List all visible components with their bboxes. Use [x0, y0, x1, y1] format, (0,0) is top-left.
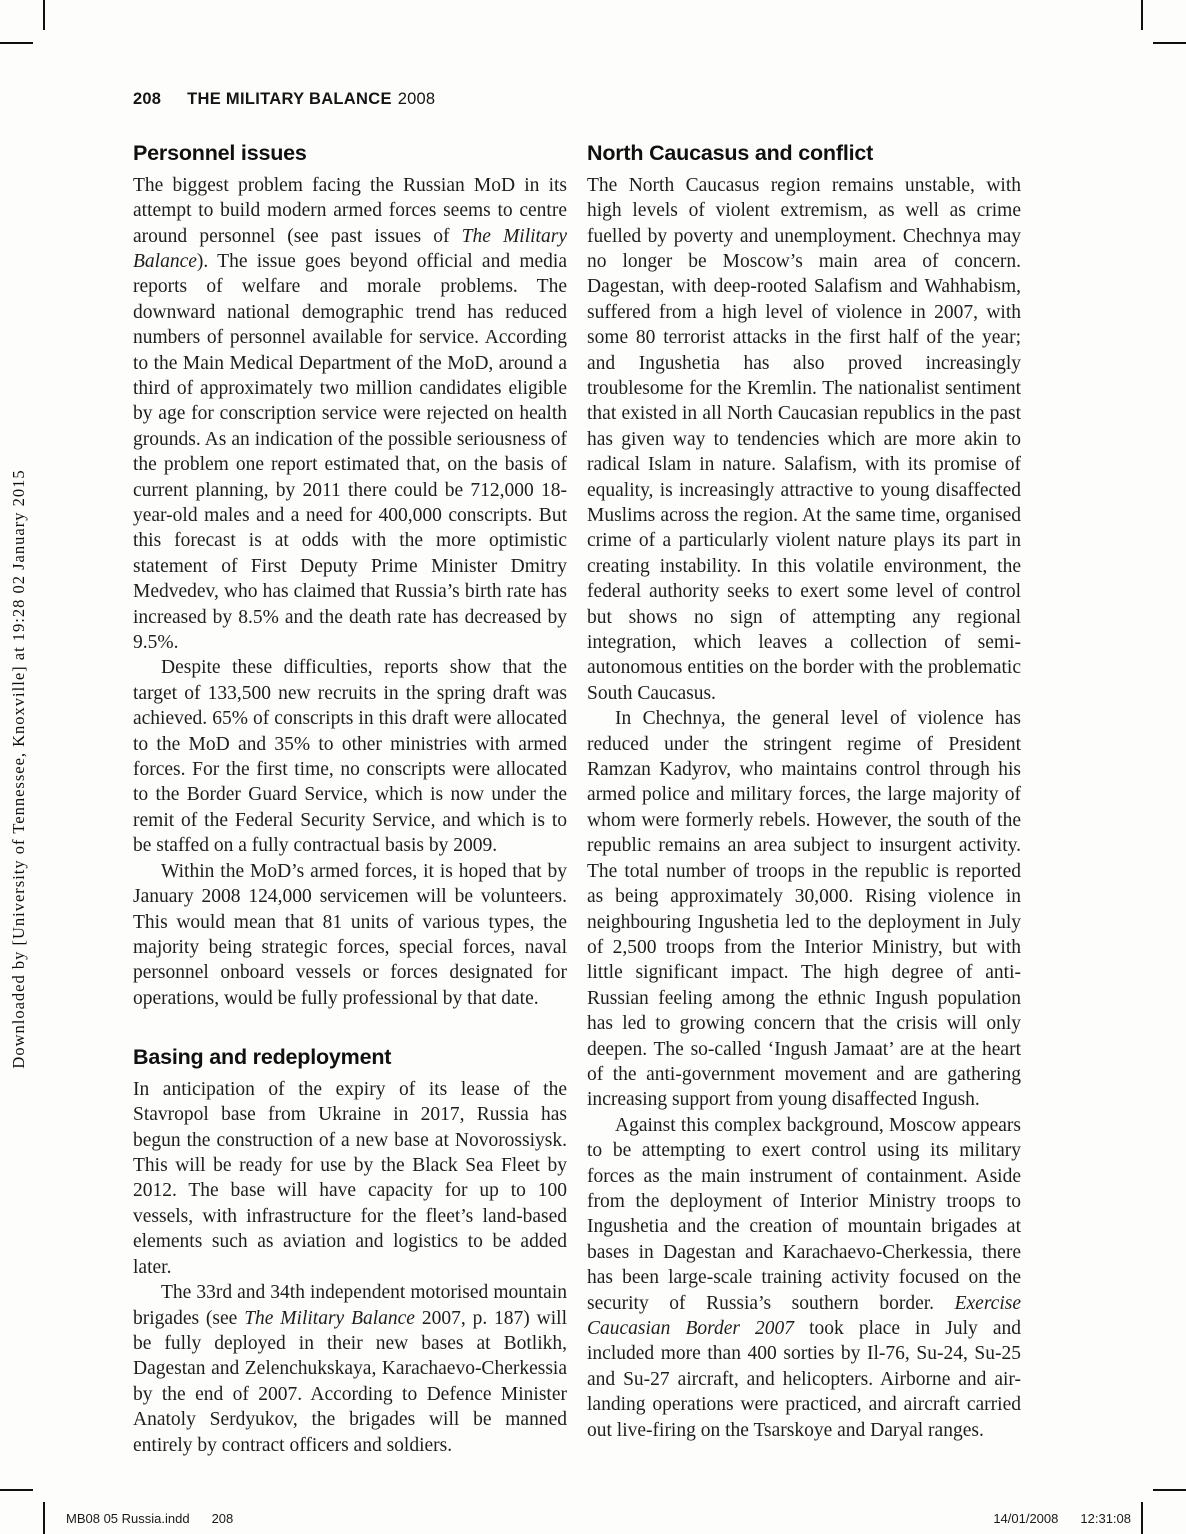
- page-number: 208: [133, 90, 161, 108]
- crop-mark-bottom-right-vertical: [1141, 1502, 1143, 1534]
- crop-mark-top-right-horizontal: [1153, 42, 1186, 44]
- paragraph: Within the MoD’s armed forces, it is hop…: [133, 859, 567, 1011]
- imprint-date: 14/01/2008: [993, 1511, 1058, 1526]
- paragraph: The 33rd and 34th independent motorised …: [133, 1280, 567, 1458]
- imprint-page-number: 208: [212, 1511, 234, 1526]
- edition-year: 2008: [398, 90, 436, 108]
- page-body: Personnel issues The biggest problem fac…: [133, 141, 1021, 1458]
- paragraph: The biggest problem facing the Russian M…: [133, 173, 567, 656]
- paragraph: Against this complex background, Moscow …: [587, 1113, 1021, 1443]
- download-watermark: Downloaded by [University of Tennessee, …: [9, 389, 31, 1149]
- imprint-time: 12:31:08: [1080, 1511, 1131, 1526]
- running-header: 208THE MILITARY BALANCE2008: [133, 90, 435, 109]
- right-column: North Caucasus and conflict The North Ca…: [587, 141, 1021, 1458]
- paragraph: In Chechnya, the general level of violen…: [587, 706, 1021, 1113]
- crop-mark-top-left-vertical: [43, 0, 45, 30]
- imprint-timestamp: 14/01/200812:31:08: [993, 1511, 1131, 1526]
- left-column: Personnel issues The biggest problem fac…: [133, 141, 567, 1458]
- crop-mark-bottom-right-horizontal: [1153, 1489, 1186, 1491]
- section-heading-basing-redeployment: Basing and redeployment: [133, 1045, 567, 1070]
- crop-mark-top-left-horizontal: [0, 42, 33, 44]
- crop-mark-bottom-left-horizontal: [0, 1489, 33, 1491]
- paragraph: Despite these difficulties, reports show…: [133, 655, 567, 858]
- book-title: THE MILITARY BALANCE: [187, 90, 392, 108]
- scanned-book-page: Downloaded by [University of Tennessee, …: [0, 0, 1186, 1534]
- paragraph: The North Caucasus region remains unstab…: [587, 173, 1021, 707]
- crop-mark-bottom-left-vertical: [43, 1502, 45, 1534]
- section-heading-personnel-issues: Personnel issues: [133, 141, 567, 166]
- imprint-filename: MB08 05 Russia.indd: [66, 1511, 190, 1526]
- section-heading-north-caucasus: North Caucasus and conflict: [587, 141, 1021, 166]
- paragraph: In anticipation of the expiry of its lea…: [133, 1077, 567, 1280]
- imprint-file-info: MB08 05 Russia.indd208: [66, 1511, 233, 1526]
- crop-mark-top-right-vertical: [1141, 0, 1143, 30]
